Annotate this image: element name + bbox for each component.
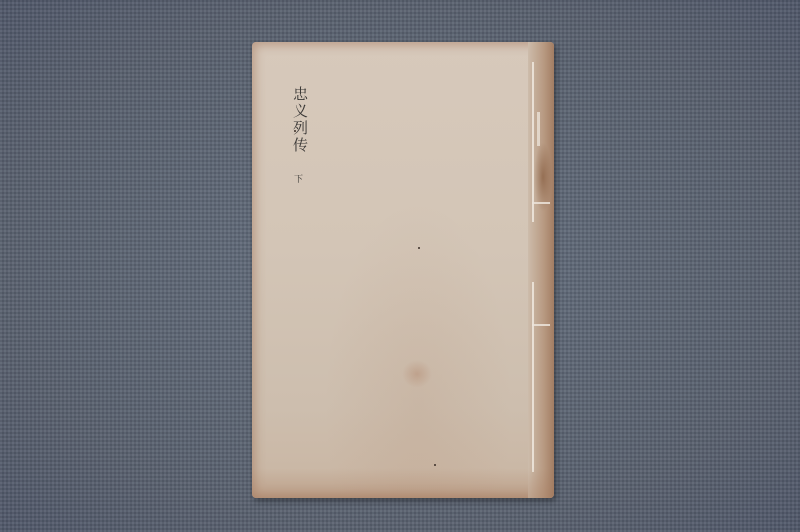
ink-dot [294, 130, 296, 132]
ink-dot [418, 247, 420, 249]
paper-stain [402, 360, 432, 388]
paper-fold [537, 112, 540, 146]
binding-thread [532, 282, 534, 472]
book-cover: 忠义列传 下 [252, 42, 554, 498]
title-label: 忠义列传 [278, 86, 308, 154]
ink-dot [434, 464, 436, 466]
binding-thread-cross [532, 202, 550, 204]
binding-thread [532, 62, 534, 222]
binding-thread-cross [532, 324, 550, 326]
volume-mark: 下 [294, 172, 303, 185]
